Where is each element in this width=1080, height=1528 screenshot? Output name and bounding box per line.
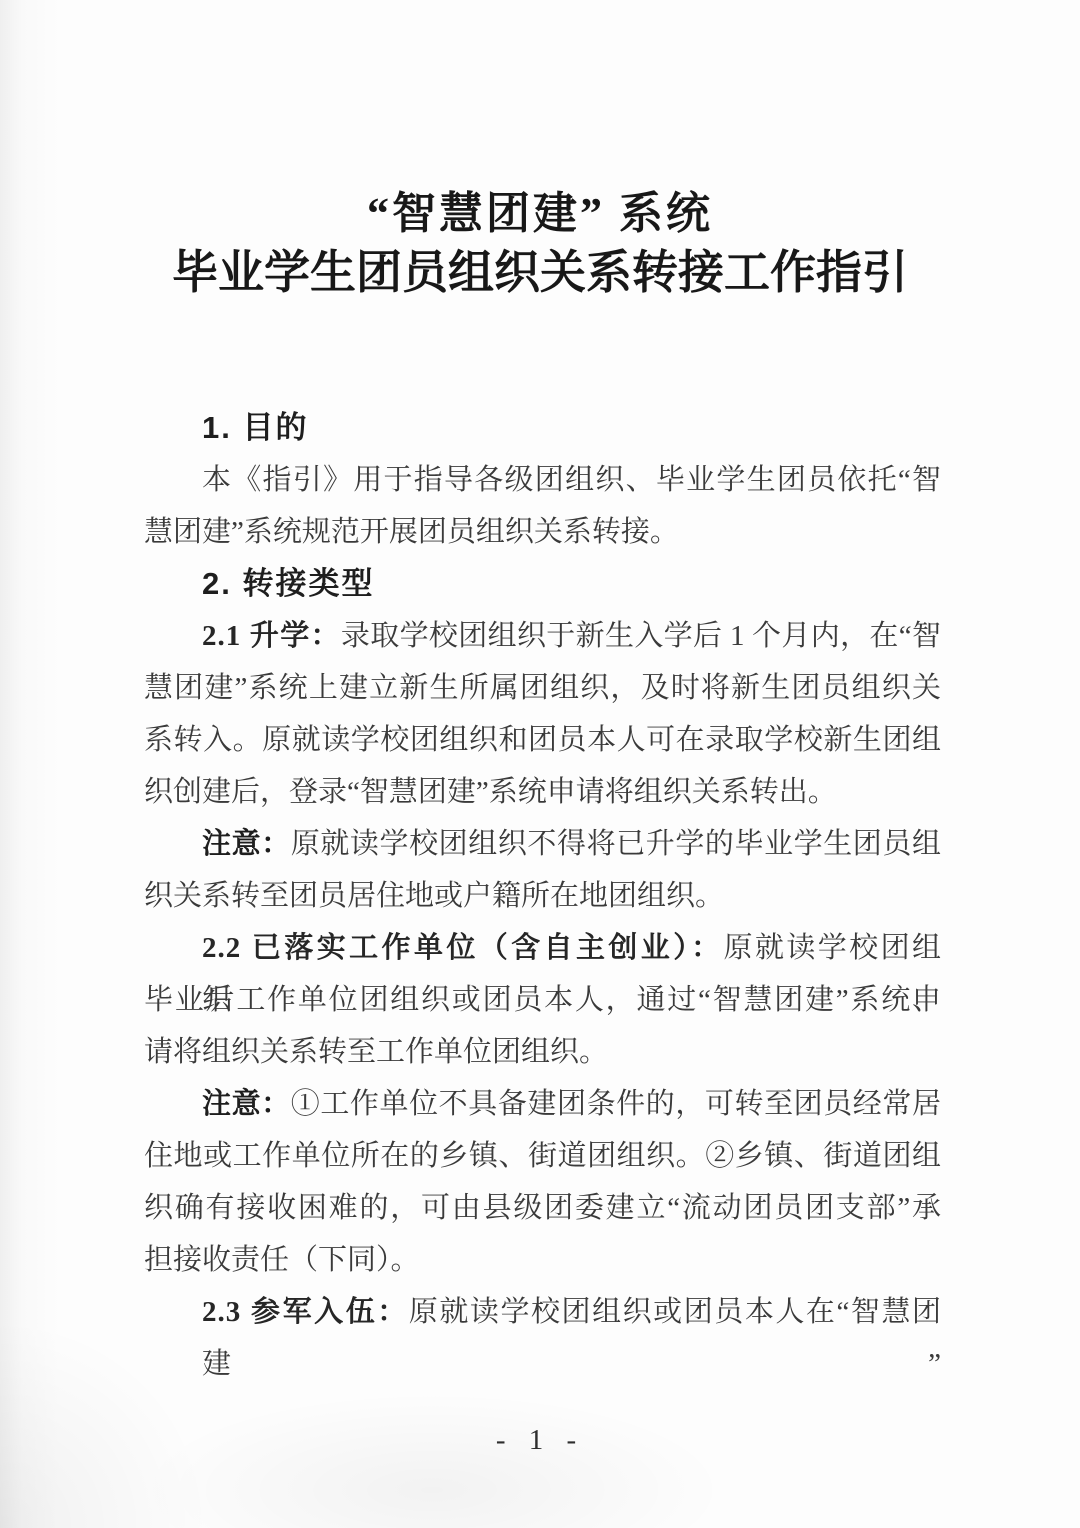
title-line-1: “智慧团建” 系统 xyxy=(0,186,1080,242)
text-line: 2.2 已落实工作单位（含自主创业）：原就读学校团组织、 xyxy=(144,922,941,974)
body-text: 系转入。原就读学校团组织和团员本人可在录取学校新生团组 xyxy=(144,724,941,756)
body-text: 慧团建”系统上建立新生所属团组织，及时将新生团员组织关 xyxy=(144,672,941,704)
text-line: 住地或工作单位所在的乡镇、街道团组织。②乡镇、街道团组 xyxy=(144,1130,941,1182)
section-heading: 1. 目的 xyxy=(144,402,941,454)
body-text: 住地或工作单位所在的乡镇、街道团组织。②乡镇、街道团组 xyxy=(144,1140,941,1172)
text-line: 慧团建”系统上建立新生所属团组织，及时将新生团员组织关 xyxy=(144,662,941,714)
body-text: 织确有接收困难的，可由县级团委建立“流动团员团支部”承 xyxy=(144,1192,941,1224)
body-text: 请将组织关系转至工作单位团组织。 xyxy=(144,1036,608,1068)
text-line: 2.3 参军入伍：原就读学校团组织或团员本人在“智慧团建” xyxy=(144,1286,941,1338)
document-page: “智慧团建” 系统 毕业学生团员组织关系转接工作指引 1. 目的本《指引》用于指… xyxy=(0,0,1080,1528)
body-text: 2. 转接类型 xyxy=(202,566,374,601)
title-line-2: 毕业学生团员组织关系转接工作指引 xyxy=(0,244,1080,302)
body-text: 原就读学校团组织不得将已升学的毕业学生团员组 xyxy=(291,828,941,860)
body-text: 织创建后，登录“智慧团建”系统申请将组织关系转出。 xyxy=(144,776,837,808)
text-line: 织确有接收困难的，可由县级团委建立“流动团员团支部”承 xyxy=(144,1182,941,1234)
text-line: 慧团建”系统规范开展团员组织关系转接。 xyxy=(144,506,941,558)
text-line: 本《指引》用于指导各级团组织、毕业学生团员依托“智 xyxy=(144,454,941,506)
text-line: 注意：①工作单位不具备建团条件的，可转至团员经常居 xyxy=(144,1078,941,1130)
text-line: 请将组织关系转至工作单位团组织。 xyxy=(144,1026,941,1078)
document-body: 1. 目的本《指引》用于指导各级团组织、毕业学生团员依托“智慧团建”系统规范开展… xyxy=(144,402,941,1338)
emphasis-text: 2.3 参军入伍： xyxy=(202,1296,409,1328)
body-text: 担接收责任（下同）。 xyxy=(144,1244,420,1276)
body-text: ①工作单位不具备建团条件的，可转至团员经常居 xyxy=(291,1088,941,1120)
text-line: 系转入。原就读学校团组织和团员本人可在录取学校新生团组 xyxy=(144,714,941,766)
body-text: 录取学校团组织于新生入学后 1 个月内，在“智 xyxy=(341,620,941,652)
emphasis-text: 2.1 升学： xyxy=(202,620,341,652)
section-heading: 2. 转接类型 xyxy=(144,558,941,610)
body-text: 毕业后工作单位团组织或团员本人，通过“智慧团建”系统申 xyxy=(144,984,941,1016)
body-text: 1. 目的 xyxy=(202,410,308,445)
document-title: “智慧团建” 系统 毕业学生团员组织关系转接工作指引 xyxy=(0,186,1080,302)
text-line: 2.1 升学：录取学校团组织于新生入学后 1 个月内，在“智 xyxy=(144,610,941,662)
body-text: 本《指引》用于指导各级团组织、毕业学生团员依托“智 xyxy=(202,464,941,496)
body-text: 慧团建”系统规范开展团员组织关系转接。 xyxy=(144,516,679,548)
emphasis-text: 注意： xyxy=(202,828,291,860)
emphasis-text: 2.2 已落实工作单位（含自主创业）： xyxy=(202,932,724,964)
text-line: 毕业后工作单位团组织或团员本人，通过“智慧团建”系统申 xyxy=(144,974,941,1026)
text-line: 织创建后，登录“智慧团建”系统申请将组织关系转出。 xyxy=(144,766,941,818)
emphasis-text: 注意： xyxy=(202,1088,291,1120)
page-number: - 1 - xyxy=(0,1418,1080,1462)
text-line: 注意：原就读学校团组织不得将已升学的毕业学生团员组 xyxy=(144,818,941,870)
body-text: 织关系转至团员居住地或户籍所在地团组织。 xyxy=(144,880,724,912)
text-line: 担接收责任（下同）。 xyxy=(144,1234,941,1286)
text-line: 织关系转至团员居住地或户籍所在地团组织。 xyxy=(144,870,941,922)
